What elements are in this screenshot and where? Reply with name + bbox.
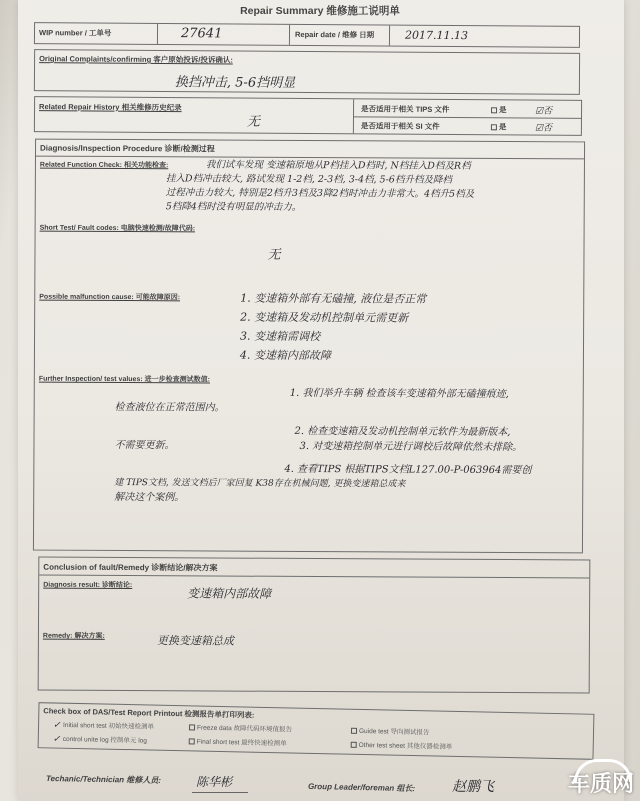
further-inspection-text: 1. 我们举升车辆 检查该车变速箱外部无磕撞痕迹, 检查液位在正常范围内。 2.…: [114, 386, 580, 507]
diagnosis-box: Diagnosis/Inspection Procedure 诊断/检测过程 R…: [33, 139, 585, 554]
diagnosis-result-value: 变速箱内部故障: [187, 584, 271, 601]
repair-date-label: Repair date / 维修 日期: [295, 29, 374, 41]
wip-label: WIP number / 工单号: [39, 27, 111, 39]
history-label: Related Repair History 相关维修历史纪录: [39, 101, 182, 113]
leader-label: Group Leader/foreman 组长:: [308, 781, 415, 794]
remedy-label: Remedy: 解决方案:: [43, 631, 105, 641]
checkbox[interactable]: [491, 107, 497, 113]
function-check-text: 我们试车发现 变速箱原地从P档挂入D档时, N档挂入D档及R档 挂入D档冲击较大…: [166, 158, 581, 216]
short-test-value: 无: [267, 244, 280, 263]
further-inspection-label: Further Inspection/ test values: 进一步检查测试…: [39, 374, 210, 385]
document-title: Repair Summary 维修施工说明单: [0, 3, 640, 18]
checkbox[interactable]: [491, 124, 497, 130]
remedy-value: 更换变速箱总成: [157, 632, 234, 648]
conclusion-section-title: Conclusion of fault/Remedy 诊断结论/解决方案: [43, 562, 217, 574]
printout-title: Check box of DAS/Test Report Printout 检测…: [43, 705, 254, 720]
printout-item-freeze-data[interactable]: Freeze data 故障代码环境值报告: [189, 722, 292, 733]
printout-item-other-test-sheet[interactable]: Other test sheet 其他仪器检测单: [351, 740, 453, 751]
tips-question: 是否适用于相关 TIPS 文件: [361, 103, 449, 115]
tips-yes-option[interactable]: 是: [491, 104, 507, 115]
conclusion-box: Conclusion of fault/Remedy 诊断结论/解决方案 Dia…: [38, 557, 591, 694]
leader-signature: 赵鹏飞: [452, 776, 494, 796]
printout-item-control-unit-log[interactable]: ✓control unite log 控制单元 log: [53, 733, 147, 746]
diagnosis-section-title: Diagnosis/Inspection Procedure 诊断/检测过程: [40, 143, 215, 155]
repair-date-value: 2017.11.13: [405, 29, 468, 42]
history-box: Related Repair History 相关维修历史纪录 无 是否适用于相…: [34, 96, 582, 136]
malfunction-list: 1. 变速箱外部有无磕撞, 液位是否正常 2. 变速箱及发动机控制单元需更新 3…: [240, 289, 570, 367]
technician-signature: 陈华彬: [196, 773, 232, 790]
printout-item-final-short-test[interactable]: Final short test 最终快速检测单: [189, 736, 287, 747]
watermark-logo: 车质网: [566, 767, 636, 799]
complaints-box: Original Complaints/confirming 客户原始投诉/投诉…: [34, 49, 580, 95]
function-check-label: Related Function Check: 相关功能检查:: [40, 160, 168, 171]
tips-no-option[interactable]: ☑否: [535, 104, 552, 117]
technician-label: Techanic/Technician 维修人员:: [46, 773, 161, 786]
printout-item-guide-test[interactable]: Guide test 导向测试报告: [351, 726, 430, 737]
complaints-label: Original Complaints/confirming 客户原始投诉/投诉…: [39, 53, 233, 65]
header-row: WIP number / 工单号 27641 Repair date / 维修 …: [34, 22, 580, 48]
si-yes-option[interactable]: 是: [491, 121, 507, 132]
printout-item-initial-short-test[interactable]: ✓Initial short test 初始快速检测单: [53, 719, 154, 732]
complaints-value: 换挡冲击, 5-6挡明显: [175, 71, 295, 91]
si-no-option[interactable]: ☑否: [535, 121, 552, 134]
wip-value: 27641: [181, 26, 222, 41]
history-value: 无: [247, 111, 260, 130]
malfunction-label: Possible malfunction cause: 可能故障原因:: [39, 292, 180, 303]
si-question: 是否适用于相关 SI 文件: [361, 120, 440, 132]
diagnosis-result-label: Diagnosis result: 诊断结论:: [43, 580, 132, 590]
short-test-label: Short Test/ Fault codes: 电脑快速检测/故障代码:: [40, 223, 195, 234]
